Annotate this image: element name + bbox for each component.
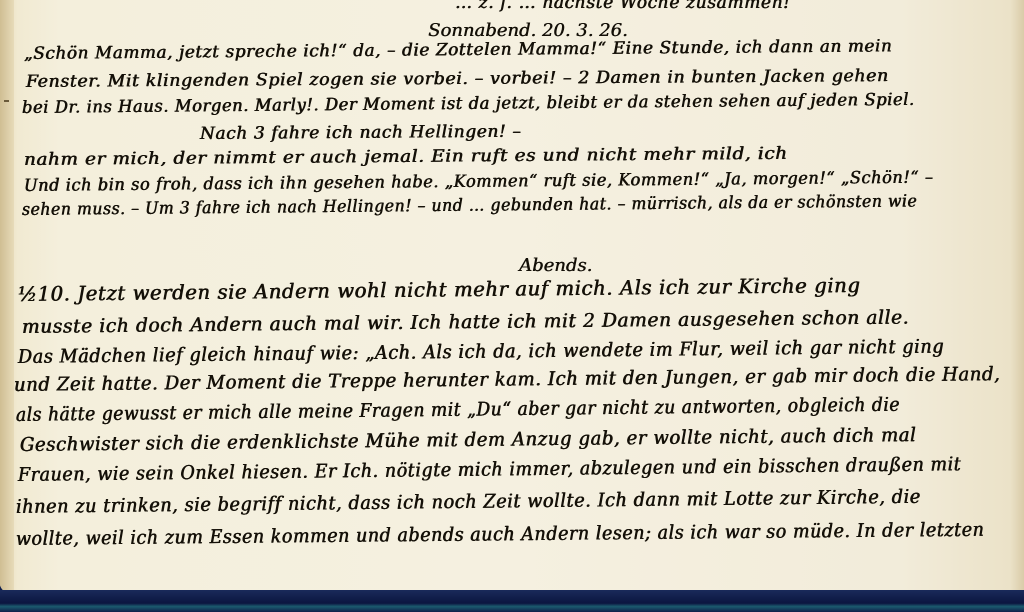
- diary-page: … z. f. … nächste Woche zusammen! Sonnab…: [0, 0, 1024, 598]
- entry-1-line-3: bei Dr. ins Haus. Morgen. Marly!. Der Mo…: [22, 90, 915, 118]
- header-fragment: … z. f. … nächste Woche zusammen!: [455, 0, 791, 13]
- entry-1-line-2: Fenster. Mit klingenden Spiel zogen sie …: [26, 66, 889, 92]
- entry-2-line-1: ½10. Jetzt werden sie Andern wohl nicht …: [18, 273, 861, 306]
- entry-1-line-1: „Schön Mamma, jetzt spreche ich!“ da, – …: [24, 36, 893, 64]
- entry-2-line-5: als hätte gewusst er mich alle meine Fra…: [16, 394, 900, 426]
- entry-2-line-8: ihnen zu trinken, sie begriff nicht, das…: [16, 486, 921, 518]
- entry-2-line-3: Das Mädchen lief gleich hinauf wie: „Ach…: [18, 336, 944, 368]
- entry-2-line-7: Frauen, wie sein Onkel hiesen. Er Ich. n…: [18, 453, 962, 486]
- notebook-cover-edge: [0, 590, 1024, 612]
- entry-date-heading: Sonnabend. 20. 3. 26.: [428, 20, 628, 41]
- entry-2-line-4: und Zeit hatte. Der Moment die Treppe he…: [14, 363, 1001, 396]
- entry-2-line-6: Geschwister sich die erdenklichste Mühe …: [20, 424, 917, 456]
- entry-2-line-2: musste ich doch Andern auch mal wir. Ich…: [22, 307, 909, 338]
- entry-subheading-abends: Abends.: [519, 255, 592, 276]
- margin-mark: [4, 100, 9, 102]
- entry-2-line-9: wollte, weil ich zum Essen kommen und ab…: [16, 519, 985, 550]
- entry-1-line-6: sehen muss. – Um 3 fahre ich nach Hellin…: [22, 192, 917, 220]
- entry-1-line-7: Nach 3 fahre ich nach Hellingen! –: [200, 122, 522, 144]
- entry-1-line-4: nahm er mich, der nimmt er auch jemal. E…: [24, 144, 788, 170]
